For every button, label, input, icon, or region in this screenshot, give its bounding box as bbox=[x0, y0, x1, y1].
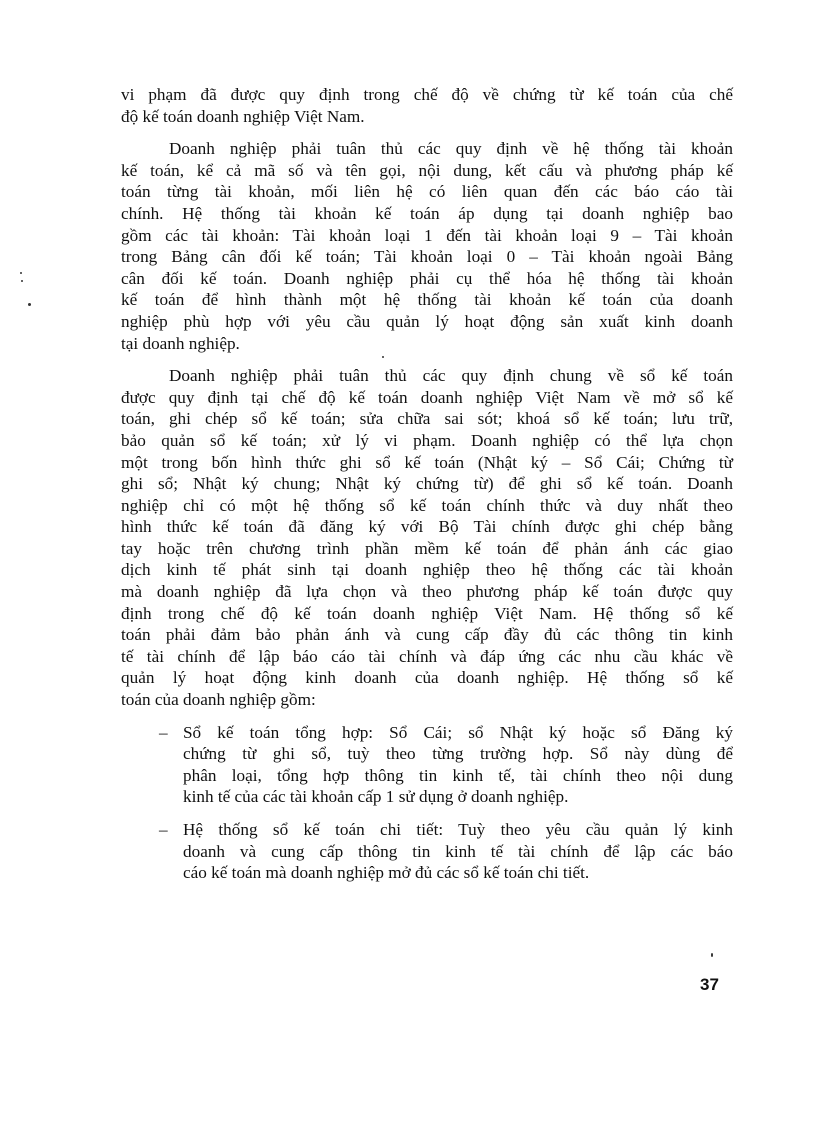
scan-speck bbox=[382, 356, 384, 358]
text-line: –Sổ kế toán tổng hợp: Sổ Cái; sổ Nhật ký… bbox=[121, 722, 733, 744]
text-line: –Hệ thống sổ kế toán chi tiết: Tuỳ theo … bbox=[121, 819, 733, 841]
text-line: toán, ghi chép sổ kế toán; sửa chữa sai … bbox=[121, 408, 733, 430]
text-line: toán từng tài khoản, mối liên hệ có liên… bbox=[121, 181, 733, 203]
text-line: doanh và cung cấp thông tin kinh tế tài … bbox=[121, 841, 733, 863]
text-line: Doanh nghiệp phải tuân thủ các quy định … bbox=[121, 138, 733, 160]
text-line: tế tài chính để lập báo cáo tài chính và… bbox=[121, 646, 733, 668]
scan-speck bbox=[21, 280, 23, 282]
dash-bullet-icon: – bbox=[159, 819, 168, 841]
text-line: toán phải đảm bảo phản ánh và cung cấp đ… bbox=[121, 624, 733, 646]
text-line: tại doanh nghiệp. bbox=[121, 333, 733, 355]
text-line: được quy định tại chế độ kế toán doanh n… bbox=[121, 387, 733, 409]
paragraph-3: Doanh nghiệp phải tuân thủ các quy định … bbox=[121, 365, 733, 711]
text-line: vi phạm đã được quy định trong chế độ về… bbox=[121, 84, 733, 106]
text-line: một trong bốn hình thức ghi sổ kế toán (… bbox=[121, 452, 733, 474]
text-line: kế toán, kể cả mã số và tên gọi, nội dun… bbox=[121, 160, 733, 182]
scan-speck bbox=[28, 303, 31, 306]
dash-bullet-icon: – bbox=[159, 722, 168, 744]
text-line: toán của doanh nghiệp gồm: bbox=[121, 689, 733, 711]
text-line: chứng từ ghi sổ, tuỳ theo từng trường hợ… bbox=[121, 743, 733, 765]
text-line: cân đối kế toán. Doanh nghiệp phải cụ th… bbox=[121, 268, 733, 290]
bullet-item-general-ledger: –Sổ kế toán tổng hợp: Sổ Cái; sổ Nhật ký… bbox=[121, 722, 733, 808]
text-line: hình thức kế toán đã đăng ký với Bộ Tài … bbox=[121, 516, 733, 538]
text-line: ghi sổ; Nhật ký chung; Nhật ký chứng từ)… bbox=[121, 473, 733, 495]
text-line: nghiệp phù hợp với yêu cầu quản lý hoạt … bbox=[121, 311, 733, 333]
text-line: kinh tế của các tài khoản cấp 1 sử dụng … bbox=[121, 786, 733, 808]
text-line: độ kế toán doanh nghiệp Việt Nam. bbox=[121, 106, 733, 128]
document-page: vi phạm đã được quy định trong chế độ về… bbox=[0, 0, 816, 1123]
text-line: trong Bảng cân đối kế toán; Tài khoản lo… bbox=[121, 246, 733, 268]
scan-speck bbox=[20, 272, 22, 274]
text-line: kế toán để hình thành một hệ thống tài k… bbox=[121, 289, 733, 311]
bullet-item-detail-ledger: –Hệ thống sổ kế toán chi tiết: Tuỳ theo … bbox=[121, 819, 733, 884]
text-line: Doanh nghiệp phải tuân thủ các quy định … bbox=[121, 365, 733, 387]
scan-speck bbox=[711, 953, 713, 957]
text-line: chính. Hệ thống tài khoản kế toán áp dụn… bbox=[121, 203, 733, 225]
body-text: vi phạm đã được quy định trong chế độ về… bbox=[121, 84, 733, 884]
text-line: dịch kinh tế phát sinh tại doanh nghiệp … bbox=[121, 559, 733, 581]
text-line: nghiệp chỉ có một hệ thống sổ kế toán ch… bbox=[121, 495, 733, 517]
text-line: gồm các tài khoản: Tài khoản loại 1 đến … bbox=[121, 225, 733, 247]
text-line: mà doanh nghiệp đã lựa chọn và theo phươ… bbox=[121, 581, 733, 603]
text-line: bảo quản sổ kế toán; xử lý vi phạm. Doan… bbox=[121, 430, 733, 452]
text-line: phân loại, tổng hợp thông tin kinh tế, t… bbox=[121, 765, 733, 787]
text-line: định trong chế độ kế toán doanh nghiệp V… bbox=[121, 603, 733, 625]
page-number: 37 bbox=[700, 975, 719, 995]
text-line: quản lý hoạt động kinh doanh của doanh n… bbox=[121, 667, 733, 689]
text-line: cáo kế toán mà doanh nghiệp mở đủ các sổ… bbox=[121, 862, 733, 884]
paragraph-1: vi phạm đã được quy định trong chế độ về… bbox=[121, 84, 733, 127]
text-line: tay hoặc trên chương trình phần mềm kế t… bbox=[121, 538, 733, 560]
paragraph-2: Doanh nghiệp phải tuân thủ các quy định … bbox=[121, 138, 733, 354]
